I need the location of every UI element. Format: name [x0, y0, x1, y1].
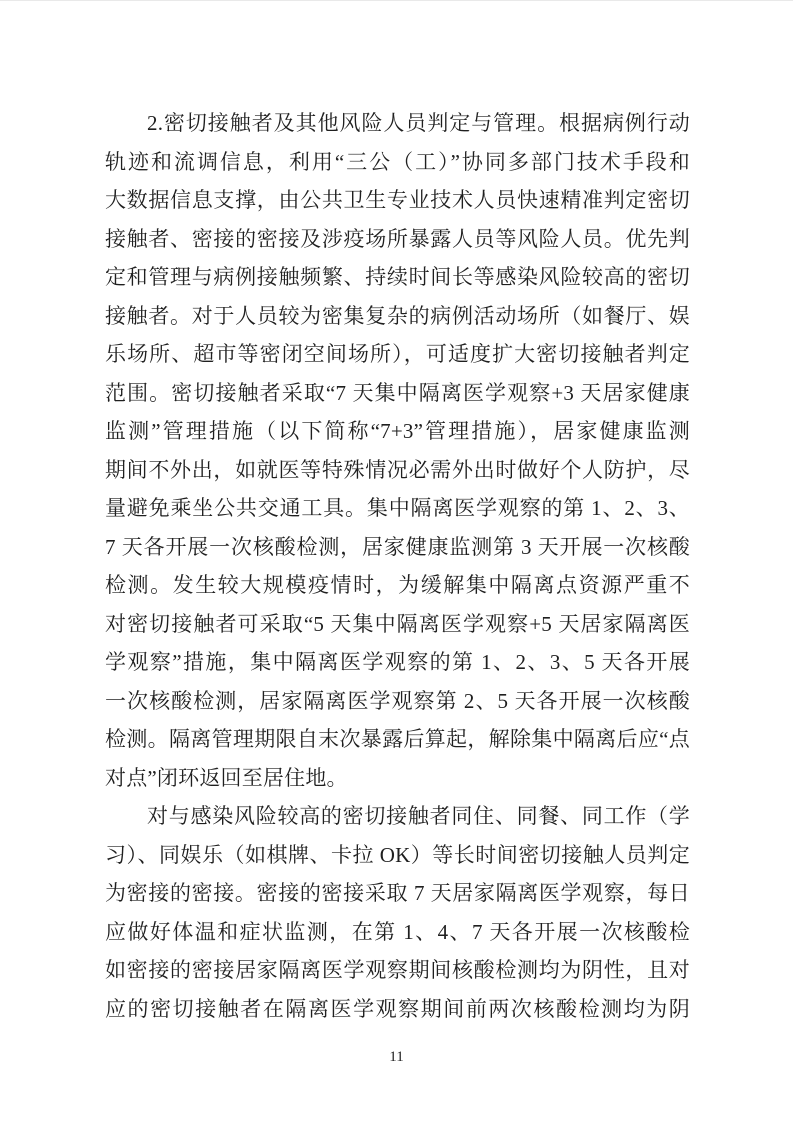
text-line: 为密接的密接。密接的密接采取 7 天居家隔离医学观察，每日 — [105, 874, 690, 913]
page-number: 11 — [0, 1047, 793, 1067]
text-line: 学观察”措施，集中隔离医学观察的第 1、2、3、5 天各开展 — [105, 643, 690, 682]
document-page: 2.密切接触者及其他风险人员判定与管理。根据病例行动 轨迹和流调信息，利用“三公… — [0, 0, 793, 1122]
text-line: 监测”管理措施（以下简称“7+3”管理措施），居家健康监测 — [105, 412, 690, 451]
text-line: 检测。发生较大规模疫情时，为缓解集中隔离点资源严重不足， — [105, 566, 690, 605]
text-line: 量避免乘坐公共交通工具。集中隔离医学观察的第 1、2、3、5、 — [105, 489, 690, 528]
text-line: 对与感染风险较高的密切接触者同住、同餐、同工作（学 — [105, 797, 690, 836]
text-line: 对密切接触者可采取“5 天集中隔离医学观察+5 天居家隔离医 — [105, 605, 690, 644]
text-line: 如密接的密接居家隔离医学观察期间核酸检测均为阴性，且对 — [105, 951, 690, 990]
text-line: 范围。密切接触者采取“7 天集中隔离医学观察+3 天居家健康 — [105, 374, 690, 413]
text-line: 对点”闭环返回至居住地。 — [105, 759, 690, 798]
text-line: 7 天各开展一次核酸检测，居家健康监测第 3 天开展一次核酸 — [105, 528, 690, 567]
text-line: 轨迹和流调信息，利用“三公（工）”协同多部门技术手段和 — [105, 143, 690, 182]
text-line: 检测。隔离管理期限自末次暴露后算起，解除集中隔离后应“点 — [105, 720, 690, 759]
document-text-block: 2.密切接触者及其他风险人员判定与管理。根据病例行动 轨迹和流调信息，利用“三公… — [105, 104, 690, 1028]
text-line: 应做好体温和症状监测，在第 1、4、7 天各开展一次核酸检测。 — [105, 913, 690, 952]
text-line: 应的密切接触者在隔离医学观察期间前两次核酸检测均为阴 — [105, 990, 690, 1029]
text-line: 期间不外出，如就医等特殊情况必需外出时做好个人防护，尽 — [105, 451, 690, 490]
paragraph-1: 2.密切接触者及其他风险人员判定与管理。根据病例行动 轨迹和流调信息，利用“三公… — [105, 104, 690, 797]
text-line: 一次核酸检测，居家隔离医学观察第 2、5 天各开展一次核酸 — [105, 682, 690, 721]
text-line: 习）、同娱乐（如棋牌、卡拉 OK）等长时间密切接触人员判定 — [105, 836, 690, 875]
paragraph-2: 对与感染风险较高的密切接触者同住、同餐、同工作（学 习）、同娱乐（如棋牌、卡拉 … — [105, 797, 690, 1028]
text-line: 接触者、密接的密接及涉疫场所暴露人员等风险人员。优先判 — [105, 220, 690, 259]
text-line: 接触者。对于人员较为密集复杂的病例活动场所（如餐厅、娱 — [105, 297, 690, 336]
text-line: 大数据信息支撑，由公共卫生专业技术人员快速精准判定密切 — [105, 181, 690, 220]
text-line: 定和管理与病例接触频繁、持续时间长等感染风险较高的密切 — [105, 258, 690, 297]
text-line: 乐场所、超市等密闭空间场所），可适度扩大密切接触者判定 — [105, 335, 690, 374]
text-line: 2.密切接触者及其他风险人员判定与管理。根据病例行动 — [105, 104, 690, 143]
